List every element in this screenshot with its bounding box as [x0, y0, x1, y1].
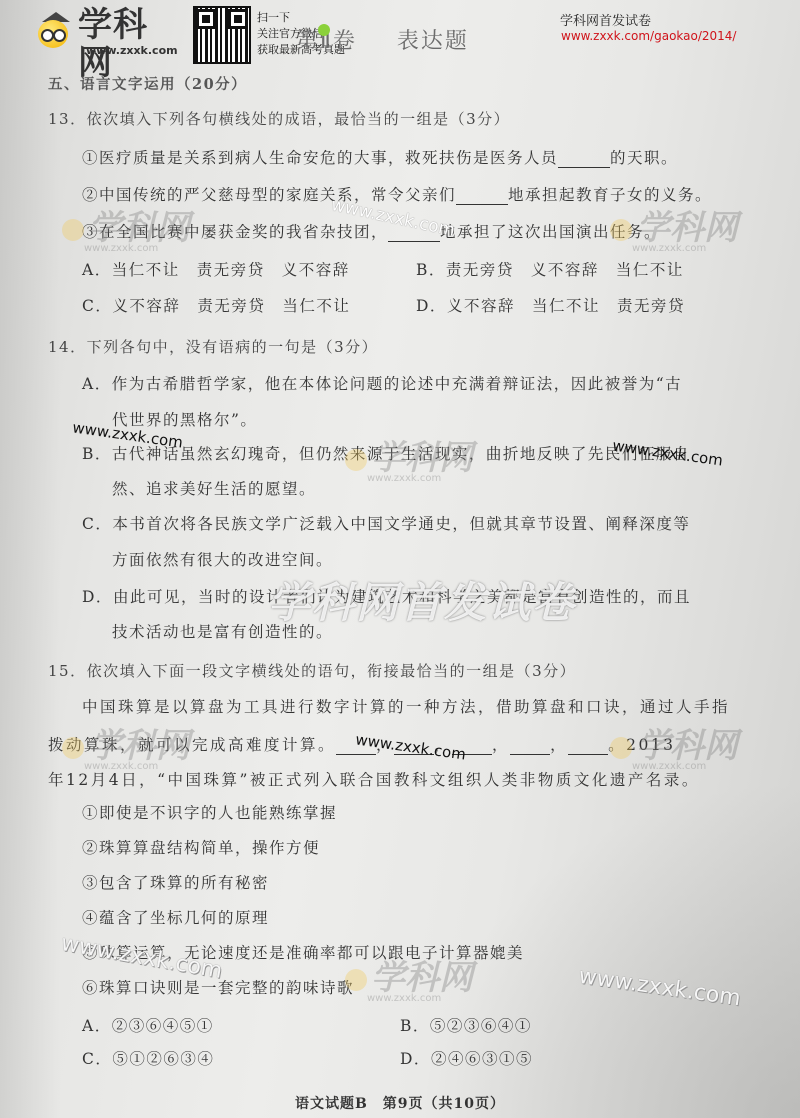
fill-blank — [456, 186, 508, 205]
q15-item-6: ⑥珠算口诀则是一套完整的韵味诗歌 — [82, 976, 354, 998]
option-label: C． — [82, 297, 112, 315]
q13-option-d: D．义不容辞 当仁不让 责无旁贷 — [416, 294, 685, 316]
option-text: ②④⑥③①⑤ — [431, 1050, 533, 1068]
q13-sentence-1: ①医疗质量是关系到病人生命安危的大事，救死扶伤是医务人员 的天职。 — [82, 146, 678, 168]
zxxk-logo[interactable]: 学科网 www.zxxk.com — [36, 4, 176, 56]
option-label: D． — [82, 588, 113, 606]
q15-option-a: A．②③⑥④⑤① — [82, 1014, 214, 1036]
fill-blank — [452, 736, 492, 755]
option-text: 由此可见，当时的设计者们认为建筑艺术和科学之美都是富有创造性的，而且 — [113, 588, 691, 606]
fill-blank — [568, 736, 608, 755]
sentence-text: ①医疗质量是关系到病人生命安危的大事，救死扶伤是医务人员 — [82, 149, 558, 167]
q14-option-c-cont: 方面依然有很大的改进空间。 — [112, 548, 333, 570]
fill-blank — [510, 736, 550, 755]
option-text: 义不容辞 当仁不让 责无旁贷 — [447, 297, 685, 315]
option-label: B． — [416, 261, 446, 279]
option-text: 作为古希腊哲学家，他在本体论问题的论述中充满着辩证法，因此被誉为“古 — [112, 375, 682, 393]
header-banner: 学科网 www.zxxk.com 扫一下 关注官方微信 获取最新高考真题 第Ⅱ卷… — [0, 0, 800, 70]
option-label: A． — [82, 375, 112, 393]
option-text: ②③⑥④⑤① — [112, 1017, 214, 1035]
question-15-stem: 15．依次填入下面一段文字横线处的语句，衔接最恰当的一组是（3分） — [48, 660, 576, 681]
page-footer: 语文试题B 第9页（共10页） — [0, 1093, 800, 1113]
option-text: ⑤②③⑥④① — [430, 1017, 532, 1035]
q15-item-2: ②珠算算盘结构简单，操作方便 — [82, 836, 320, 858]
sentence-text: 地承担了这次出国演出任务。 — [440, 223, 661, 241]
fill-blank — [558, 149, 610, 168]
option-label: D． — [400, 1050, 431, 1068]
option-label: D． — [416, 297, 447, 315]
q15-option-d: D．②④⑥③①⑤ — [400, 1047, 533, 1069]
q15-passage-line-3: 年12月4日，“中国珠算”被正式列入联合国教科文组织人类非物质文化遗产名录。 — [48, 768, 700, 790]
part-subtitle: 表达题 — [397, 29, 469, 54]
watermark-url: www.zxxk.com — [577, 964, 742, 1011]
option-label: C． — [82, 515, 112, 533]
sentence-text: ③在全国比赛中屡获金奖的我省杂技团， — [82, 223, 388, 241]
option-label: A． — [82, 1017, 112, 1035]
question-14-stem: 14．下列各句中，没有语病的一句是（3分） — [48, 336, 378, 357]
first-publish-link[interactable]: www.zxxk.com/gaokao/2014/ — [561, 29, 736, 43]
option-text: 古代神话虽然玄幻瑰奇，但仍然来源于生活现实，曲折地反映了先民们征服自 — [112, 445, 690, 463]
sentence-text: 地承担起教育子女的义务。 — [508, 186, 712, 204]
logo-url: www.zxxk.com — [86, 44, 178, 57]
q14-option-a: A．作为古希腊哲学家，他在本体论问题的论述中充满着辩证法，因此被誉为“古 — [82, 372, 682, 394]
option-text: ⑤①②⑥③④ — [112, 1050, 214, 1068]
qr-code-icon — [193, 6, 251, 64]
q14-option-d: D．由此可见，当时的设计者们认为建筑艺术和科学之美都是富有创造性的，而且 — [82, 585, 691, 607]
passage-year: 2013 — [626, 736, 675, 754]
option-text: 当仁不让 责无旁贷 义不容辞 — [112, 261, 350, 279]
q15-option-c: C．⑤①②⑥③④ — [82, 1047, 214, 1069]
sentence-text: 的天职。 — [610, 149, 678, 167]
q13-sentence-2: ②中国传统的严父慈母型的家庭关系，常令父亲们 地承担起教育子女的义务。 — [82, 183, 712, 205]
option-text: 责无旁贷 义不容辞 当仁不让 — [446, 261, 684, 279]
q14-option-a-cont: 代世界的黑格尔”。 — [112, 408, 257, 430]
q15-item-1: ①即使是不识字的人也能熟练掌握 — [82, 801, 337, 823]
mascot-icon — [36, 12, 72, 56]
q14-option-b-cont: 然、追求美好生活的愿望。 — [112, 477, 316, 499]
option-label: C． — [82, 1050, 112, 1068]
q15-item-4: ④蕴含了坐标几何的原理 — [82, 906, 269, 928]
fill-blank — [388, 223, 440, 242]
q13-option-a: A．当仁不让 责无旁贷 义不容辞 — [82, 258, 350, 280]
q13-sentence-3: ③在全国比赛中屡获金奖的我省杂技团， 地承担了这次出国演出任务。 — [82, 220, 661, 242]
q14-option-c: C．本书首次将各民族文学广泛载入中国文学通史，但就其章节设置、阐释深度等 — [82, 512, 690, 534]
option-label: A． — [82, 261, 112, 279]
question-13-stem: 13．依次填入下列各句横线处的成语，最恰当的一组是（3分） — [48, 108, 510, 129]
page-shadow-left — [0, 0, 60, 1118]
option-label: B． — [400, 1017, 430, 1035]
exam-page: 学科网 www.zxxk.com 扫一下 关注官方微信 获取最新高考真题 第Ⅱ卷… — [0, 0, 800, 1118]
q15-item-5: ⑤珠算运算，无论速度还是准确率都可以跟电子计算器媲美 — [82, 941, 524, 963]
fill-blank — [394, 736, 434, 755]
section-heading: 五、语言文字运用（20分） — [48, 73, 247, 94]
q14-option-b: B．古代神话虽然玄幻瑰奇，但仍然来源于生活现实，曲折地反映了先民们征服自 — [82, 442, 690, 464]
q13-option-b: B．责无旁贷 义不容辞 当仁不让 — [416, 258, 684, 280]
first-publish-label: 学科网首发试卷 — [560, 10, 651, 29]
option-label: B． — [82, 445, 112, 463]
q15-passage-line-1: 中国珠算是以算盘为工具进行数字计算的一种方法，借助算盘和口诀，通过人手指 — [82, 695, 730, 717]
option-text: 义不容辞 责无旁贷 当仁不让 — [112, 297, 350, 315]
fill-blank — [336, 736, 376, 755]
q15-item-3: ③包含了珠算的所有秘密 — [82, 871, 269, 893]
option-text: 本书首次将各民族文学广泛载入中国文学通史，但就其章节设置、阐释深度等 — [112, 515, 690, 533]
q15-option-b: B．⑤②③⑥④① — [400, 1014, 532, 1036]
passage-text: 拨动算珠，就可以完成高难度计算。 — [48, 736, 336, 754]
q13-option-c: C．义不容辞 责无旁贷 当仁不让 — [82, 294, 350, 316]
q15-passage-line-2: 拨动算珠，就可以完成高难度计算。 ， ， ， ， 。2013 — [48, 733, 676, 755]
q14-option-d-cont: 技术活动也是富有创造性的。 — [112, 620, 333, 642]
wechat-icon — [318, 24, 330, 36]
sentence-text: ②中国传统的严父慈母型的家庭关系，常令父亲们 — [82, 186, 456, 204]
